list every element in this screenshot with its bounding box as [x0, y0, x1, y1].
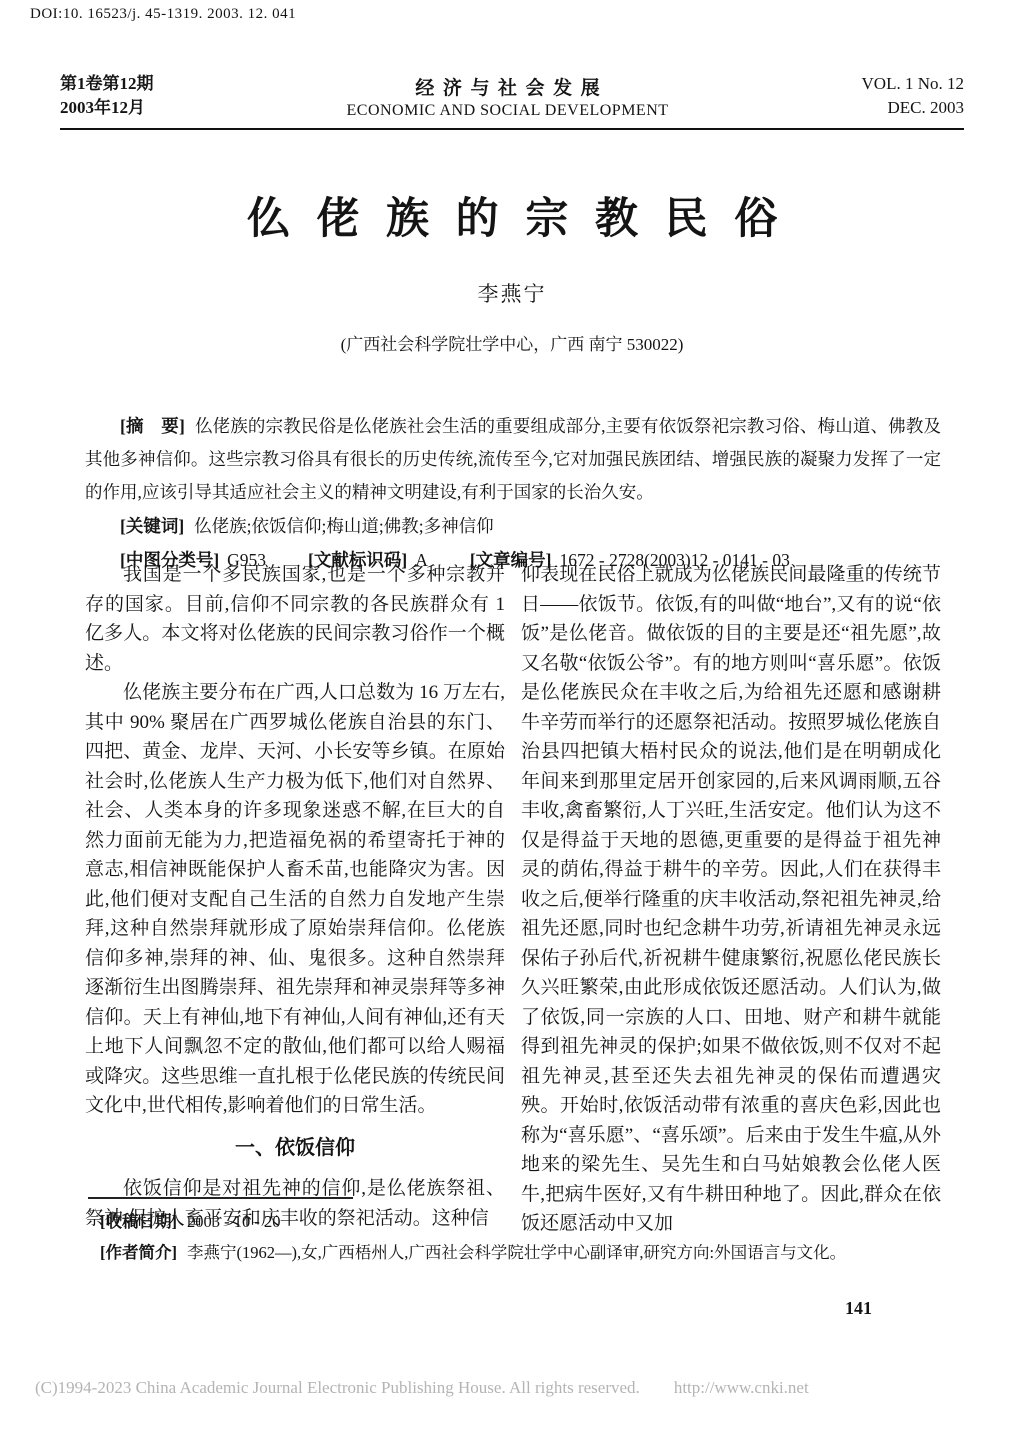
copyright-text: (C)1994-2023 China Academic Journal Elec… [35, 1378, 640, 1398]
abstract-text: 仫佬族的宗教民俗是仫佬族社会生活的重要组成部分,主要有依饭祭祀宗教习俗、梅山道、… [85, 416, 941, 502]
paragraph: 我国是一个多民族国家,也是一个多种宗教并存的国家。目前,信仰不同宗教的各民族群众… [85, 560, 505, 678]
article-title: 仫佬族的宗教民俗 [0, 185, 1024, 246]
paragraph: 仫佬族主要分布在广西,人口总数为 16 万左右,其中 90% 聚居在广西罗城仫佬… [85, 678, 505, 1121]
abstract: [摘 要]仫佬族的宗教民俗是仫佬族社会生活的重要组成部分,主要有依饭祭祀宗教习俗… [85, 410, 941, 509]
journal-name: 经济与社会发展 ECONOMIC AND SOCIAL DEVELOPMENT [347, 73, 669, 120]
copyright-url: http://www.cnki.net [674, 1378, 809, 1398]
author-affiliation: (广西社会科学院壮学中心，广西 南宁 530022) [0, 330, 1024, 355]
journal-name-cn: 经济与社会发展 [347, 73, 678, 100]
abstract-label: [摘 要] [120, 416, 185, 436]
volume-info: VOL. 1 No. 12 DEC. 2003 [862, 72, 964, 120]
author-bio-label: [作者简介] [100, 1239, 177, 1267]
author-bio-note: [作者简介] 李燕宁(1962—),女,广西梧州人,广西社会科学院壮学中心副译审… [100, 1239, 945, 1267]
journal-header: 第1卷第12期 2003年12月 经济与社会发展 ECONOMIC AND SO… [60, 72, 964, 130]
doi-line: DOI:10. 16523/j. 45-1319. 2003. 12. 041 [30, 6, 296, 23]
body-columns: 我国是一个多民族国家,也是一个多种宗教并存的国家。目前,信仰不同宗教的各民族群众… [85, 560, 941, 1239]
received-date-label: [收稿日期] [100, 1208, 177, 1236]
issue-date-cn: 2003年12月 [60, 96, 154, 120]
issue-info: 第1卷第12期 2003年12月 [60, 72, 154, 120]
journal-page: DOI:10. 16523/j. 45-1319. 2003. 12. 041 … [0, 0, 1024, 1432]
article-meta: [摘 要]仫佬族的宗教民俗是仫佬族社会生活的重要组成部分,主要有依饭祭祀宗教习俗… [85, 410, 941, 577]
journal-name-en: ECONOMIC AND SOCIAL DEVELOPMENT [347, 102, 669, 120]
author-name: 李燕宁 [0, 278, 1024, 308]
received-date-value: 2003 - 10 - 20 [187, 1208, 945, 1236]
issue-number-cn: 第1卷第12期 [60, 72, 154, 96]
received-date-note: [收稿日期] 2003 - 10 - 20 [100, 1208, 945, 1236]
section-heading-yifan: 一、依饭信仰 [85, 1134, 505, 1164]
keywords-text: 仫佬族;依饭信仰;梅山道;佛教;多神信仰 [194, 516, 493, 536]
left-column: 我国是一个多民族国家,也是一个多种宗教并存的国家。目前,信仰不同宗教的各民族群众… [85, 560, 505, 1239]
author-bio-text: 李燕宁(1962—),女,广西梧州人,广西社会科学院壮学中心副译审,研究方向:外… [187, 1239, 945, 1267]
keywords: [关键词]仫佬族;依饭信仰;梅山道;佛教;多神信仰 [85, 510, 941, 543]
issue-date-en: DEC. 2003 [862, 96, 964, 120]
paragraph: 仰表现在民俗上就成为仫佬族民间最隆重的传统节日——依饭节。依饭,有的叫做“地台”… [521, 560, 941, 1239]
keywords-label: [关键词] [120, 516, 184, 536]
footnotes: [收稿日期] 2003 - 10 - 20 [作者简介] 李燕宁(1962—),… [100, 1208, 945, 1267]
volume-number-en: VOL. 1 No. 12 [862, 72, 964, 96]
copyright-footer: (C)1994-2023 China Academic Journal Elec… [35, 1378, 1004, 1398]
page-number: 141 [845, 1298, 872, 1319]
right-column: 仰表现在民俗上就成为仫佬族民间最隆重的传统节日——依饭节。依饭,有的叫做“地台”… [521, 560, 941, 1239]
footnote-separator [88, 1197, 353, 1199]
